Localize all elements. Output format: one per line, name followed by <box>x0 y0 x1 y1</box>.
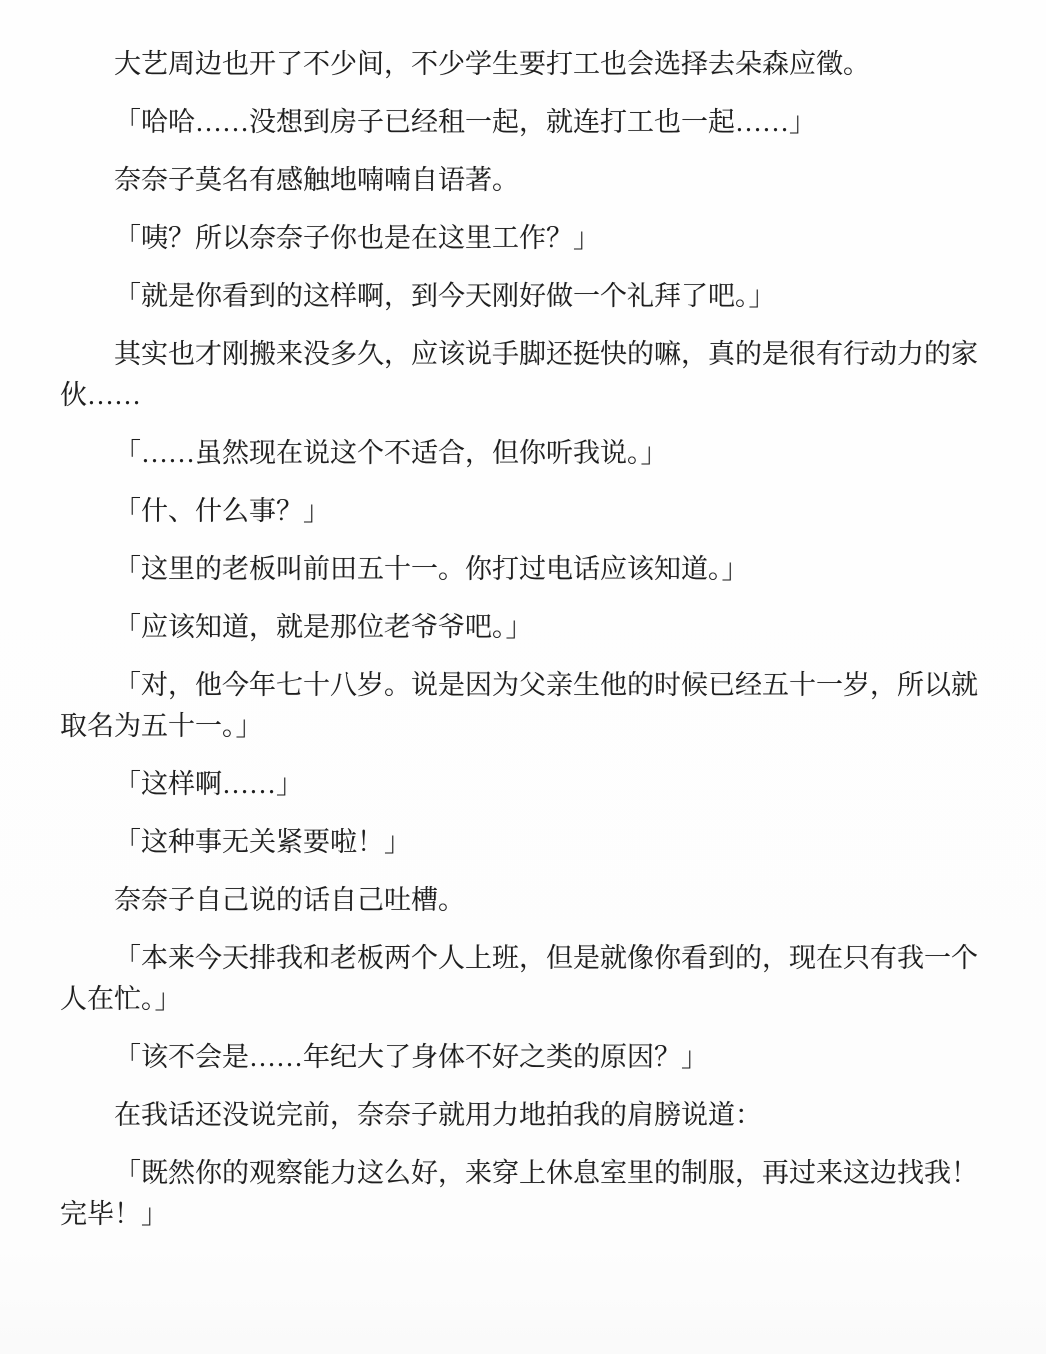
paragraph-dialogue: 「……虽然现在说这个不适合，但你听我说。」 <box>60 433 984 474</box>
paragraph-dialogue: 「哈哈……没想到房子已经租一起，就连打工也一起……」 <box>60 102 984 143</box>
paragraph-dialogue: 「这种事无关紧要啦！」 <box>60 822 984 863</box>
paragraph-dialogue: 「咦？所以奈奈子你也是在这里工作？」 <box>60 218 984 259</box>
paragraph-dialogue: 「这里的老板叫前田五十一。你打过电话应该知道。」 <box>60 549 984 590</box>
paragraph-dialogue: 「既然你的观察能力这么好，来穿上休息室里的制服，再过来这边找我！完毕！」 <box>60 1153 984 1235</box>
paragraph: 其实也才刚搬来没多久，应该说手脚还挺快的嘛，真的是很有行动力的家伙…… <box>60 334 984 416</box>
paragraph-dialogue: 「该不会是……年纪大了身体不好之类的原因？」 <box>60 1037 984 1078</box>
paragraph: 奈奈子自己说的话自己吐槽。 <box>60 880 984 921</box>
paragraph-dialogue: 「应该知道，就是那位老爷爷吧。」 <box>60 607 984 648</box>
paragraph: 大艺周边也开了不少间，不少学生要打工也会选择去朵森应徵。 <box>60 44 984 85</box>
text-column: 大艺周边也开了不少间，不少学生要打工也会选择去朵森应徵。 「哈哈……没想到房子已… <box>60 44 984 1235</box>
paragraph: 奈奈子莫名有感触地喃喃自语著。 <box>60 160 984 201</box>
paragraph-dialogue: 「就是你看到的这样啊，到今天刚好做一个礼拜了吧。」 <box>60 276 984 317</box>
novel-page: 大艺周边也开了不少间，不少学生要打工也会选择去朵森应徵。 「哈哈……没想到房子已… <box>0 0 1046 1354</box>
paragraph-dialogue: 「这样啊……」 <box>60 764 984 805</box>
paragraph-dialogue: 「本来今天排我和老板两个人上班，但是就像你看到的，现在只有我一个人在忙。」 <box>60 938 984 1020</box>
paragraph: 在我话还没说完前，奈奈子就用力地拍我的肩膀说道： <box>60 1095 984 1136</box>
paragraph-dialogue: 「对，他今年七十八岁。说是因为父亲生他的时候已经五十一岁，所以就取名为五十一。」 <box>60 665 984 747</box>
paragraph-dialogue: 「什、什么事？」 <box>60 491 984 532</box>
